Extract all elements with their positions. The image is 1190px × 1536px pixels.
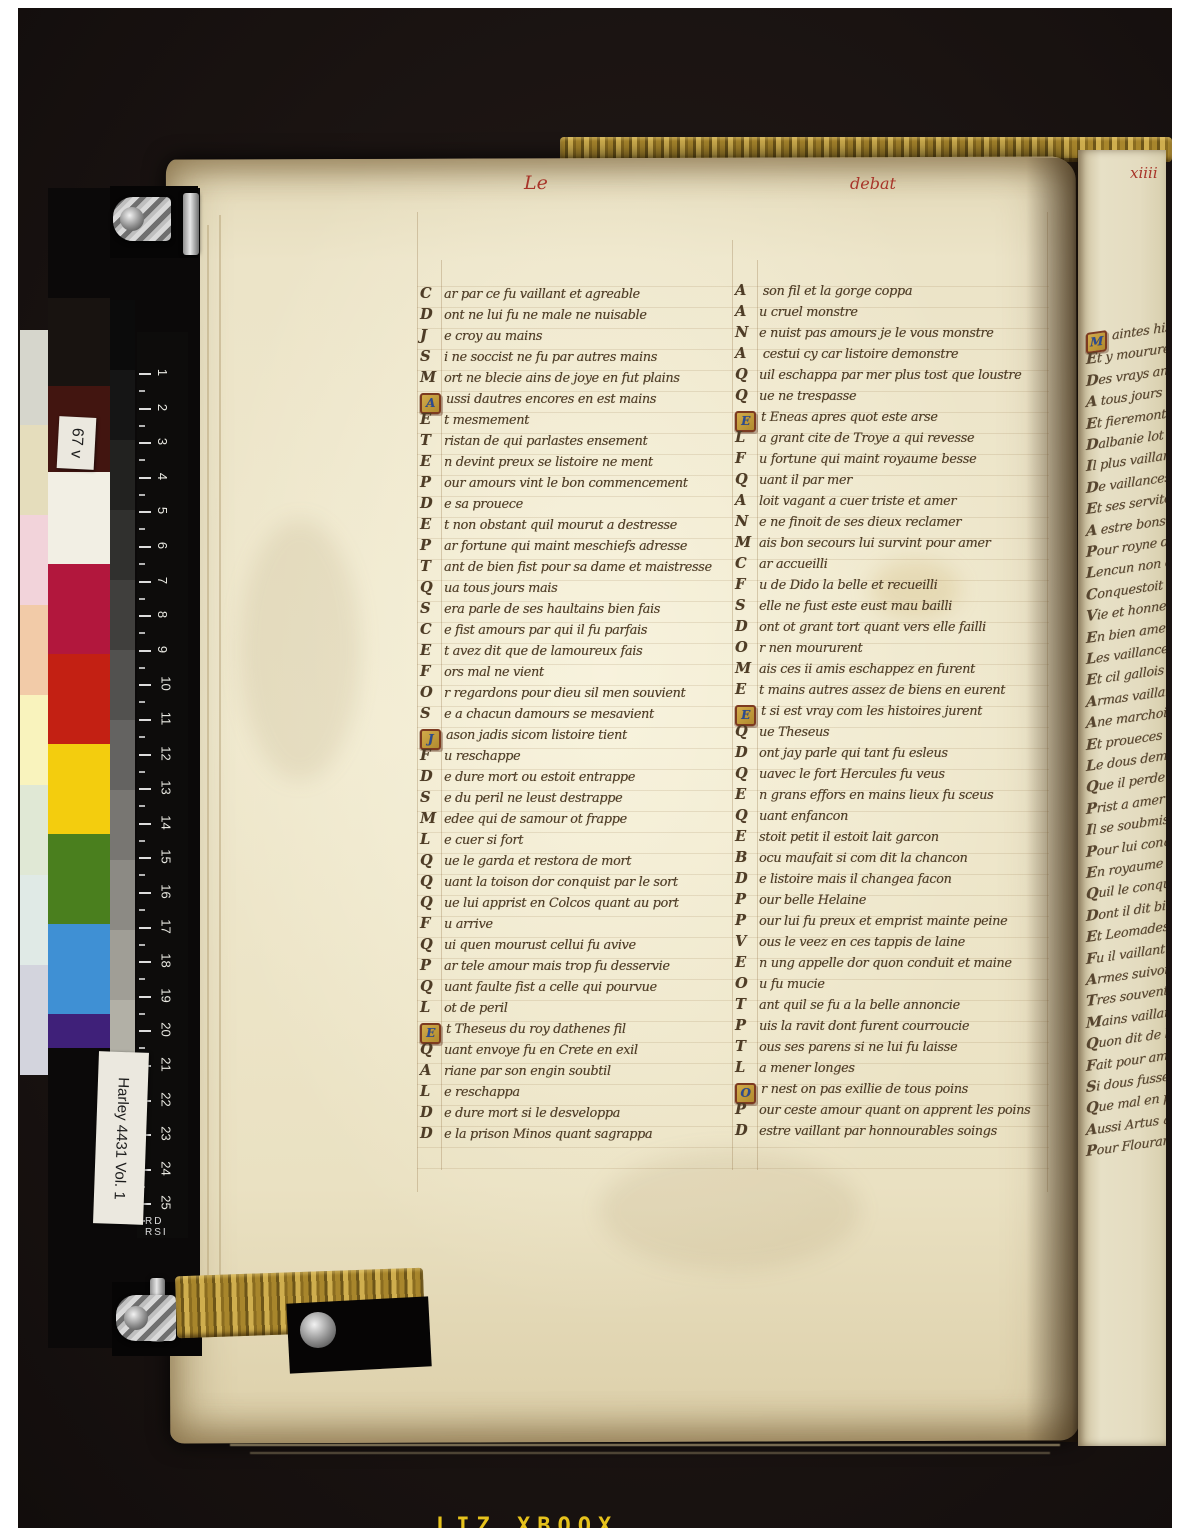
line-initial: Q bbox=[420, 978, 444, 995]
line-text: e cuer si fort bbox=[444, 833, 523, 848]
line-text: loit vagant a cuer triste et amer bbox=[759, 494, 956, 509]
color-patch bbox=[20, 785, 48, 875]
line-text: r nest on pas exillie de tous poins bbox=[761, 1082, 968, 1097]
line-initial: E bbox=[1086, 671, 1097, 690]
manuscript-line: Dont ne lui fu ne male ne nuisable bbox=[420, 304, 647, 323]
digitized-manuscript-photo: { "frame": { "film_edge_fragment": "LIZ … bbox=[0, 0, 1190, 1536]
line-initial: A bbox=[735, 492, 759, 509]
ruler-tick-minor bbox=[139, 909, 145, 911]
color-patch bbox=[48, 924, 110, 1014]
manuscript-line: La grant cite de Troye a qui revesse bbox=[735, 427, 974, 446]
color-patch bbox=[48, 744, 110, 834]
gutter-shadow bbox=[1026, 158, 1080, 1442]
ruler-number: 17 bbox=[159, 919, 174, 933]
line-text: ar par ce fu vaillant et agreable bbox=[444, 287, 640, 302]
ruler-tick bbox=[139, 408, 151, 410]
line-initial: A bbox=[1086, 692, 1097, 711]
ruler-tick-minor bbox=[139, 494, 145, 496]
ruler-number: 9 bbox=[155, 646, 170, 653]
manuscript-line: De dure mort si le desveloppa bbox=[420, 1102, 620, 1121]
line-text: e dure mort ou estoit entrappe bbox=[444, 770, 635, 785]
line-initial: E bbox=[735, 954, 759, 971]
line-initial: L bbox=[735, 429, 759, 446]
line-initial: A bbox=[735, 345, 759, 362]
line-initial: L bbox=[420, 831, 444, 848]
manuscript-line: Que lui apprist en Colcos quant au port bbox=[420, 892, 679, 911]
line-initial: Q bbox=[420, 894, 444, 911]
manuscript-line: Que ne trespasse bbox=[735, 385, 856, 404]
manuscript-line: Sera parle de ses haultains bien fais bbox=[420, 598, 660, 617]
manuscript-line: En grans effors en mains lieux fu sceus bbox=[735, 784, 993, 803]
manuscript-line: Tant quil se fu a la belle annoncie bbox=[735, 994, 960, 1013]
line-initial: Q bbox=[735, 723, 759, 740]
line-text: uant faulte fist a celle qui pourvue bbox=[444, 980, 657, 995]
color-patch bbox=[20, 425, 48, 515]
manuscript-line: Tant de bien fist pour sa dame et maistr… bbox=[420, 556, 712, 575]
manuscript-line: Pour ceste amour quant on apprent les po… bbox=[735, 1099, 1030, 1118]
line-text: e la prison Minos quant sagrappa bbox=[444, 1127, 652, 1142]
manuscript-line: Or nen moururent bbox=[735, 637, 862, 656]
manuscript-line: Si ne soccist ne fu par autres mains bbox=[420, 346, 657, 365]
line-text: e a chacun damours se mesavient bbox=[444, 707, 654, 722]
line-initial: E bbox=[735, 681, 759, 698]
manuscript-line: A cestui cy car listoire demonstre bbox=[735, 343, 958, 362]
line-initial: O bbox=[735, 639, 759, 656]
line-text: a mener longes bbox=[759, 1061, 855, 1076]
line-text: i ne soccist ne fu par autres mains bbox=[444, 350, 657, 365]
ruler-number: 8 bbox=[155, 611, 170, 618]
manuscript-line: Et mains autres assez de biens en eurent bbox=[735, 679, 1005, 698]
line-initial: D bbox=[420, 306, 444, 323]
manuscript-line: Quant faulte fist a celle qui pourvue bbox=[420, 976, 657, 995]
line-initial: L bbox=[420, 1083, 444, 1100]
manuscript-line: Le cuer si fort bbox=[420, 829, 523, 848]
manuscript-line: De dure mort ou estoit entrappe bbox=[420, 766, 635, 785]
line-initial: E bbox=[420, 411, 444, 428]
manuscript-line: Puis la ravit dont furent courroucie bbox=[735, 1015, 969, 1034]
color-patch bbox=[110, 930, 135, 1000]
line-text: ont ot grant tort quant vers elle failli bbox=[759, 620, 986, 635]
ruler-number: 4 bbox=[155, 473, 170, 480]
line-initial: S bbox=[420, 348, 444, 365]
ruling-vertical bbox=[417, 212, 418, 1192]
ruler-tick bbox=[139, 719, 151, 721]
color-patch bbox=[48, 654, 110, 744]
line-initial: F bbox=[1086, 1056, 1096, 1074]
line-text: e sa prouece bbox=[444, 497, 523, 512]
line-text: edee qui de samour ot frappe bbox=[444, 812, 627, 827]
manuscript-line: Estoit petit il estoit lait garcon bbox=[735, 826, 939, 845]
manuscript-line: Car accueilli bbox=[735, 553, 827, 572]
ruler-number: 12 bbox=[159, 746, 174, 760]
ruler-tick bbox=[139, 927, 151, 929]
line-initial: P bbox=[420, 537, 444, 554]
manuscript-line: Ou fu mucie bbox=[735, 973, 825, 992]
line-initial: E bbox=[1086, 628, 1097, 647]
line-text: t avez dit que de lamoureux fais bbox=[444, 644, 642, 659]
manuscript-line: Ce fist amours par qui il fu parfais bbox=[420, 619, 647, 638]
line-text: uant enfancon bbox=[759, 809, 848, 824]
manuscript-line: Au cruel monstre bbox=[735, 301, 858, 320]
line-initial: E bbox=[1086, 414, 1097, 433]
line-initial: C bbox=[735, 555, 759, 572]
ruler-number: 22 bbox=[159, 1092, 174, 1106]
manuscript-line: Quant envoye fu en Crete en exil bbox=[420, 1039, 638, 1058]
line-initial: Q bbox=[1086, 885, 1098, 904]
line-initial: F bbox=[420, 747, 444, 764]
line-text: r nen moururent bbox=[759, 641, 862, 656]
manuscript-line: Fors mal ne vient bbox=[420, 661, 544, 680]
line-initial: S bbox=[420, 705, 444, 722]
ruler-tick-minor bbox=[139, 1013, 145, 1015]
line-initial: F bbox=[420, 915, 444, 932]
ruler-tick-minor bbox=[139, 1047, 145, 1049]
pale-patch-column bbox=[20, 330, 48, 1075]
line-text: e fist amours par qui il fu parfais bbox=[444, 623, 647, 638]
ruler-tick bbox=[139, 546, 151, 548]
ruler-tick bbox=[139, 511, 151, 513]
manuscript-line: Fu arrive bbox=[420, 913, 493, 932]
manuscript-line: Ariane par son engin soubtil bbox=[420, 1060, 611, 1079]
photo-border-left bbox=[0, 0, 18, 1536]
line-text: ussi dautres encores en est mains bbox=[446, 392, 656, 407]
line-text: ue le garda et restora de mort bbox=[444, 854, 631, 869]
manuscript-line: Dont ot grant tort quant vers elle faill… bbox=[735, 616, 986, 635]
line-initial: Q bbox=[420, 1041, 444, 1058]
ruler-number: 5 bbox=[155, 507, 170, 514]
manuscript-line: De sa prouece bbox=[420, 493, 523, 512]
line-text: n devint preux se listoire ne ment bbox=[444, 455, 653, 470]
line-initial: V bbox=[735, 933, 759, 950]
line-initial: A bbox=[1086, 1120, 1097, 1139]
line-text: n ung appelle dor quon conduit et maine bbox=[759, 956, 1012, 971]
line-text: ous ses parens si ne lui fu laisse bbox=[759, 1040, 957, 1055]
manuscript-line: Dont jay parle qui tant fu esleus bbox=[735, 742, 948, 761]
ruler-number: 25 bbox=[159, 1196, 174, 1210]
running-title-right: debat bbox=[850, 174, 896, 193]
folio-sticker: 67 v bbox=[57, 416, 97, 470]
line-initial: D bbox=[1086, 906, 1098, 925]
manuscript-line: Ne ne finoit de ses dieux reclamer bbox=[735, 511, 961, 530]
line-initial: L bbox=[1086, 650, 1096, 668]
folio-number: xiiii bbox=[1130, 164, 1158, 182]
line-initial: E bbox=[735, 786, 759, 803]
manuscript-line: Selle ne fust este eust mau bailli bbox=[735, 595, 952, 614]
line-text: uant envoye fu en Crete en exil bbox=[444, 1043, 638, 1058]
manuscript-line: Medee qui de samour ot frappe bbox=[420, 808, 627, 827]
page-stain bbox=[240, 520, 360, 780]
line-text: ous le veez en ces tappis de laine bbox=[759, 935, 965, 950]
manuscript-line: Bocu maufait si com dit la chancon bbox=[735, 847, 967, 866]
ruler-tick-minor bbox=[139, 563, 145, 565]
line-text: ar fortune qui maint meschiefs adresse bbox=[444, 539, 687, 554]
line-initial: S bbox=[420, 789, 444, 806]
line-initial: C bbox=[420, 285, 444, 302]
line-initial: S bbox=[420, 600, 444, 617]
line-initial: M bbox=[1086, 1013, 1102, 1032]
line-text: u fu mucie bbox=[759, 977, 825, 992]
line-initial: D bbox=[1086, 478, 1098, 497]
line-initial: O bbox=[735, 975, 759, 992]
color-patch bbox=[20, 695, 48, 785]
line-text: ocu maufait si com dit la chancon bbox=[759, 851, 967, 866]
ruler-number: 14 bbox=[159, 815, 174, 829]
manuscript-line: Le reschappa bbox=[420, 1081, 520, 1100]
manuscript-line: De la prison Minos quant sagrappa bbox=[420, 1123, 652, 1142]
line-text: elle ne fust este eust mau bailli bbox=[759, 599, 952, 614]
line-initial: M bbox=[735, 660, 759, 677]
line-text: e reschappa bbox=[444, 1085, 520, 1100]
line-initial: M bbox=[420, 810, 444, 827]
line-initial: L bbox=[735, 1059, 759, 1076]
line-text: ar accueilli bbox=[759, 557, 827, 572]
line-initial: E bbox=[420, 642, 444, 659]
ruler-number: 23 bbox=[159, 1126, 174, 1140]
line-initial: D bbox=[1086, 435, 1098, 454]
color-patch bbox=[110, 370, 135, 440]
line-text: e listoire mais il changea facon bbox=[759, 872, 951, 887]
line-initial: Q bbox=[420, 873, 444, 890]
line-initial: Q bbox=[420, 852, 444, 869]
line-text: uant il par mer bbox=[759, 473, 852, 488]
shelfmark-sticker: Harley 4431 Vol. 1 bbox=[93, 1051, 149, 1225]
line-text: e croy au mains bbox=[444, 329, 542, 344]
line-initial: P bbox=[420, 474, 444, 491]
line-initial: Q bbox=[420, 579, 444, 596]
line-text: riane par son engin soubtil bbox=[444, 1064, 611, 1079]
line-initial: P bbox=[1086, 842, 1097, 860]
color-patch bbox=[110, 440, 135, 510]
ruling-vertical bbox=[732, 240, 733, 1170]
ruler-tick-minor bbox=[139, 771, 145, 773]
manuscript-line: Car par ce fu vaillant et agreable bbox=[420, 283, 640, 302]
manuscript-line: Tristan de qui parlastes ensement bbox=[420, 430, 647, 449]
line-text: stoit petit il estoit lait garcon bbox=[759, 830, 939, 845]
manuscript-line: Mais bon secours lui survint pour amer bbox=[735, 532, 990, 551]
line-initial: Q bbox=[735, 366, 759, 383]
ruler-tick-minor bbox=[139, 701, 145, 703]
line-initial: T bbox=[735, 1038, 759, 1055]
ruler-number: 15 bbox=[159, 850, 174, 864]
line-initial: Q bbox=[735, 387, 759, 404]
saturated-patch-column bbox=[48, 298, 110, 1048]
color-patch bbox=[48, 834, 110, 924]
line-initial: A bbox=[735, 282, 759, 299]
line-initial: Q bbox=[1086, 1034, 1098, 1053]
line-text: ors mal ne vient bbox=[444, 665, 544, 680]
manuscript-line: Quant la toison dor conquist par le sort bbox=[420, 871, 678, 890]
ruler-tick-minor bbox=[139, 944, 145, 946]
manuscript-line: Vous le veez en ces tappis de laine bbox=[735, 931, 965, 950]
line-initial: A bbox=[1086, 970, 1097, 989]
line-text: ar tele amour mais trop fu desservie bbox=[444, 959, 670, 974]
line-initial: P bbox=[420, 957, 444, 974]
manuscript-line: Quant enfancon bbox=[735, 805, 848, 824]
color-patch bbox=[20, 875, 48, 965]
manuscript-line: Quavec le fort Hercules fu veus bbox=[735, 763, 945, 782]
line-initial: A bbox=[420, 1062, 444, 1079]
manuscript-line: La mener longes bbox=[735, 1057, 855, 1076]
ruler-tick-minor bbox=[139, 736, 145, 738]
color-patch bbox=[110, 300, 135, 370]
line-initial: Q bbox=[1086, 1099, 1098, 1118]
line-initial: S bbox=[1086, 1078, 1096, 1096]
ruler-tick bbox=[139, 650, 151, 652]
line-initial: T bbox=[735, 996, 759, 1013]
page-stack-edge bbox=[207, 225, 209, 1285]
manuscript-line: Qua tous jours mais bbox=[420, 577, 557, 596]
manuscript-line: Et avez dit que de lamoureux fais bbox=[420, 640, 642, 659]
line-text: ason jadis sicom listoire tient bbox=[446, 728, 627, 743]
line-initial: E bbox=[1086, 863, 1097, 882]
ruler-tick bbox=[139, 684, 151, 686]
line-initial: T bbox=[1086, 992, 1097, 1010]
line-text: ort ne blecie ains de joye en fut plains bbox=[444, 371, 680, 386]
page-stack-edge bbox=[219, 215, 221, 1295]
line-initial: D bbox=[735, 744, 759, 761]
line-initial: F bbox=[735, 450, 759, 467]
color-patch bbox=[20, 330, 48, 425]
facing-page-edge: xiiii Maintes histoiresEt y moururent as… bbox=[1078, 150, 1166, 1446]
manuscript-line: Lot de peril bbox=[420, 997, 508, 1016]
ruler-number: 10 bbox=[159, 677, 174, 691]
line-text: ais bon secours lui survint pour amer bbox=[759, 536, 990, 551]
line-initial: N bbox=[735, 324, 759, 341]
line-initial: T bbox=[420, 558, 444, 575]
line-initial: M bbox=[420, 369, 444, 386]
line-initial: E bbox=[1086, 350, 1097, 369]
ruler-number: 21 bbox=[159, 1057, 174, 1071]
manuscript-line: En ung appelle dor quon conduit et maine bbox=[735, 952, 1012, 971]
ruler-footer-label: RD RSI bbox=[145, 1216, 188, 1238]
line-text: t si est vray com les histoires jurent bbox=[761, 704, 982, 719]
line-text: ue lui apprist en Colcos quant au port bbox=[444, 896, 679, 911]
ruler-tick-minor bbox=[139, 632, 145, 634]
line-text: uavec le fort Hercules fu veus bbox=[759, 767, 945, 782]
ruler-tick-minor bbox=[139, 978, 145, 980]
line-initial: Q bbox=[735, 765, 759, 782]
line-text: r regardons pour dieu sil men souvient bbox=[444, 686, 685, 701]
color-patch bbox=[110, 860, 135, 930]
ruler-tick bbox=[139, 1030, 151, 1032]
color-patch bbox=[48, 298, 110, 386]
line-text: our belle Helaine bbox=[759, 893, 866, 908]
ruler-tick bbox=[139, 373, 151, 375]
line-text: t mesmement bbox=[444, 413, 529, 428]
ruler-tick bbox=[139, 581, 151, 583]
color-patch bbox=[110, 580, 135, 650]
ruler-tick bbox=[139, 961, 151, 963]
ruler-tick-minor bbox=[139, 425, 145, 427]
line-text: a grant cite de Troye a qui revesse bbox=[759, 431, 974, 446]
manuscript-line: Fu de Dido la belle et recueilli bbox=[735, 574, 937, 593]
line-initial: P bbox=[735, 1017, 759, 1034]
color-patch bbox=[110, 510, 135, 580]
line-text: our lui fu preux et emprist mainte peine bbox=[759, 914, 1007, 929]
line-initial: D bbox=[735, 1122, 759, 1139]
ruler-number: 11 bbox=[158, 712, 173, 726]
manuscript-line: Par tele amour mais trop fu desservie bbox=[420, 955, 670, 974]
manuscript-line: Fu fortune qui maint royaume besse bbox=[735, 448, 976, 467]
line-text: t non obstant quil mourut a destresse bbox=[444, 518, 677, 533]
manuscript-line: Que le garda et restora de mort bbox=[420, 850, 631, 869]
page-stack-edge-bottom bbox=[230, 1444, 1060, 1446]
manuscript-line: Pour belle Helaine bbox=[735, 889, 866, 908]
line-text: u fortune qui maint royaume besse bbox=[759, 452, 976, 467]
line-initial: D bbox=[735, 870, 759, 887]
running-title-left: Le bbox=[524, 172, 548, 194]
binder-clip-top bbox=[113, 197, 171, 241]
line-text: ue ne trespasse bbox=[759, 389, 856, 404]
line-initial: A bbox=[1086, 393, 1097, 412]
line-text: e dure mort si le desveloppa bbox=[444, 1106, 620, 1121]
color-patch bbox=[110, 650, 135, 720]
manuscript-line: A son fil et la gorge coppa bbox=[735, 280, 912, 299]
photo-border-right bbox=[1172, 0, 1190, 1536]
ruler-tick-minor bbox=[139, 528, 145, 530]
ruler-tick bbox=[139, 996, 151, 998]
photo-border-top bbox=[0, 0, 1190, 8]
ruler-number: 16 bbox=[159, 884, 174, 898]
ruler-tick-minor bbox=[139, 667, 145, 669]
line-text: ont ne lui fu ne male ne nuisable bbox=[444, 308, 647, 323]
line-initial: S bbox=[735, 597, 759, 614]
ruler-tick-minor bbox=[139, 390, 145, 392]
line-text: e ne finoit de ses dieux reclamer bbox=[759, 515, 961, 530]
color-patch bbox=[48, 564, 110, 654]
line-initial: D bbox=[420, 1104, 444, 1121]
color-patch bbox=[20, 965, 48, 1075]
line-initial: F bbox=[420, 663, 444, 680]
line-initial: P bbox=[1086, 1142, 1097, 1160]
line-text: ot de peril bbox=[444, 1001, 508, 1016]
manuscript-line: Qui quen mourust cellui fu avive bbox=[420, 934, 636, 953]
manuscript-line: Mais ces ii amis eschappez en furent bbox=[735, 658, 975, 677]
line-initial: T bbox=[420, 432, 444, 449]
line-initial: E bbox=[420, 453, 444, 470]
ruler-number: 2 bbox=[155, 403, 170, 410]
ruler-number: 1 bbox=[155, 369, 170, 376]
line-initial: M bbox=[735, 534, 759, 551]
line-text: u de Dido la belle et recueilli bbox=[759, 578, 937, 593]
line-initial: E bbox=[1086, 500, 1097, 519]
clip-plate-top bbox=[183, 193, 199, 255]
line-text: uis la ravit dont furent courroucie bbox=[759, 1019, 969, 1034]
line-text: t Eneas apres quot este arse bbox=[761, 410, 938, 425]
line-text: estre vaillant par honnourables soings bbox=[759, 1124, 997, 1139]
line-text: cestui cy car listoire demonstre bbox=[759, 347, 958, 362]
line-text: u reschappe bbox=[444, 749, 520, 764]
ruler-number: 18 bbox=[159, 953, 174, 967]
line-text: ristan de qui parlastes ensement bbox=[444, 434, 647, 449]
ruler-number: 19 bbox=[159, 988, 174, 1002]
ruler-tick bbox=[139, 754, 151, 756]
line-initial: C bbox=[420, 621, 444, 638]
manuscript-line: De listoire mais il changea facon bbox=[735, 868, 951, 887]
ruler-tick-minor bbox=[139, 805, 145, 807]
line-text: ue Theseus bbox=[759, 725, 829, 740]
ruler-tick bbox=[139, 615, 151, 617]
photo-border-bottom bbox=[0, 1528, 1190, 1536]
line-text: era parle de ses haultains bien fais bbox=[444, 602, 660, 617]
ruler-number: 6 bbox=[155, 542, 170, 549]
color-patch bbox=[20, 605, 48, 695]
clip-hinge-icon bbox=[120, 207, 144, 231]
line-initial: A bbox=[1086, 521, 1097, 540]
ruler-tick-minor bbox=[139, 840, 145, 842]
line-initial: P bbox=[735, 912, 759, 929]
line-text: our amours vint le bon commencement bbox=[444, 476, 688, 491]
